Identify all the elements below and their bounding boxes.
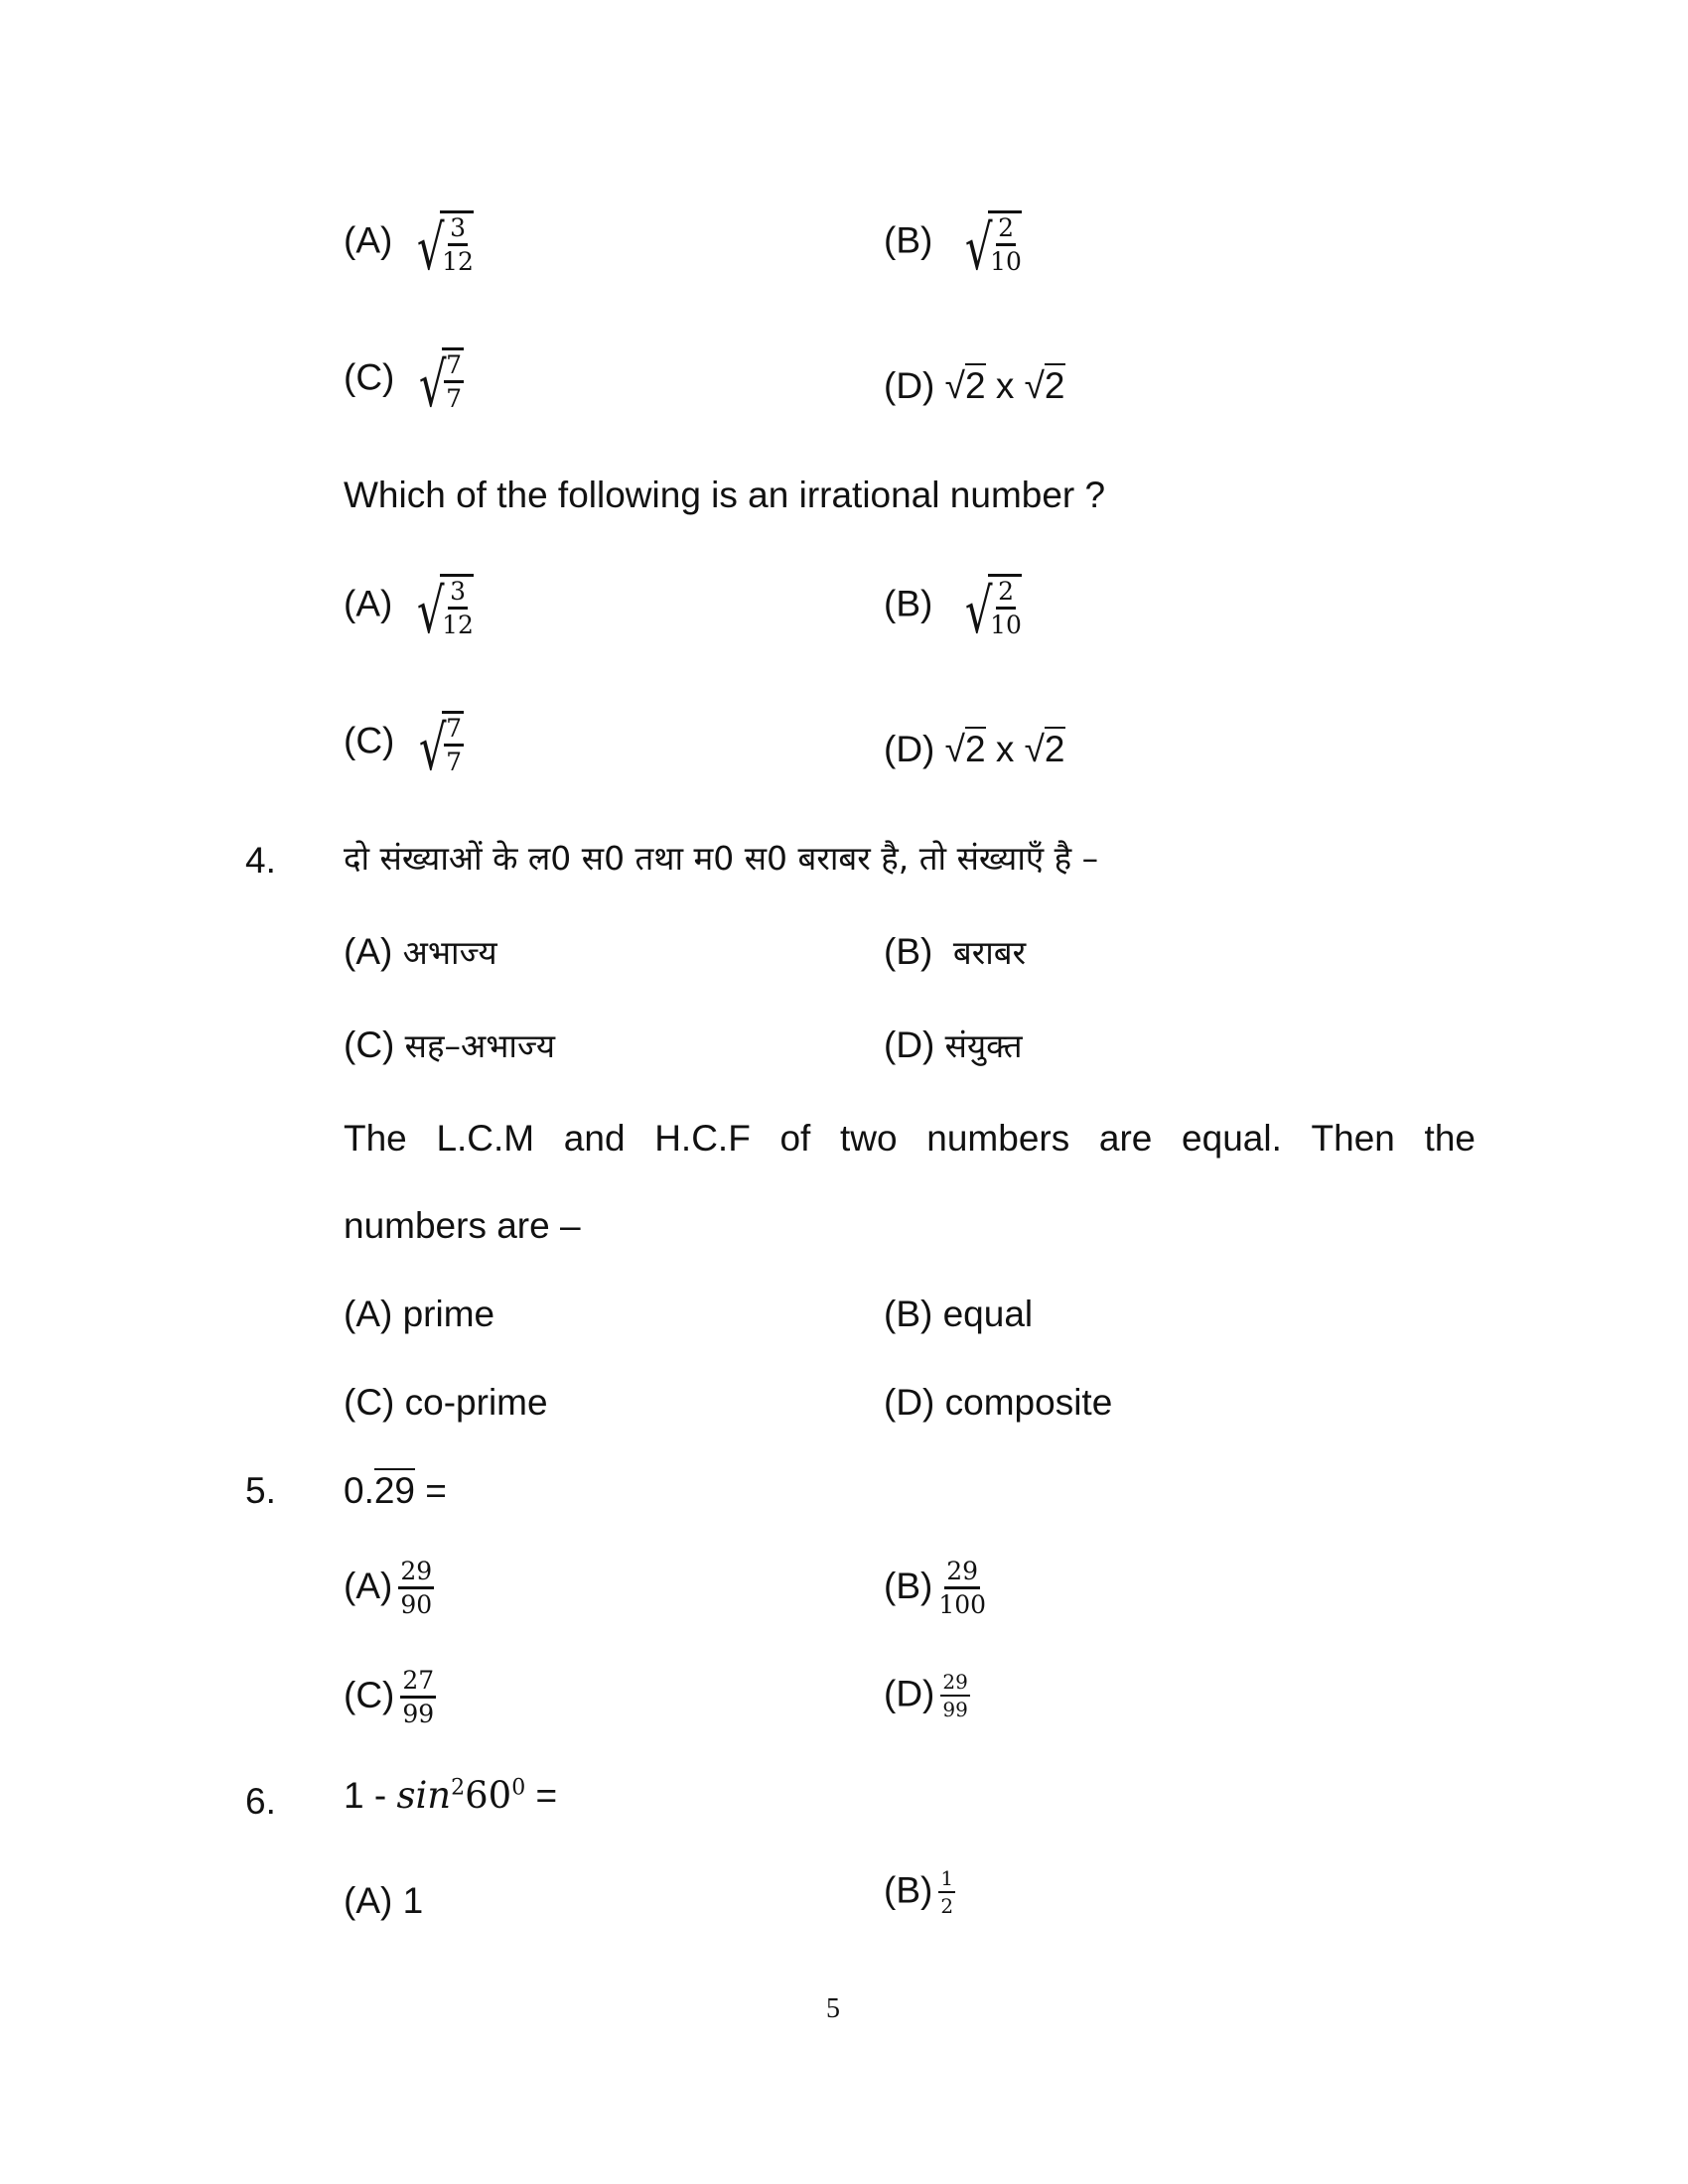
q3-option-c: (C) √77 xyxy=(344,711,464,776)
numerator: 3 xyxy=(448,215,468,246)
option-label: (C) xyxy=(344,1382,394,1423)
q3-option-c-top: (C) √77 xyxy=(344,347,464,413)
denominator: 99 xyxy=(402,1699,434,1727)
sqrt-fraction: √77 xyxy=(413,711,464,776)
q3-option-a-top: (A) √312 xyxy=(344,210,474,276)
option-label: (D) xyxy=(884,365,934,406)
page-number: 5 xyxy=(826,1995,840,2023)
q3-english-text: Which of the following is an irrational … xyxy=(344,477,1105,513)
option-label: (B) xyxy=(884,1566,932,1606)
q3-option-d-top: (D) √2 x √2 xyxy=(884,367,1065,404)
option-label: (B) xyxy=(884,220,932,261)
equals-sign: = xyxy=(415,1470,447,1511)
option-label: (A) xyxy=(344,931,392,972)
q5-option-c: (C)2799 xyxy=(344,1668,436,1728)
word: are xyxy=(1099,1120,1152,1157)
denominator: 2 xyxy=(940,1893,953,1917)
q6-option-a: (A) 1 xyxy=(344,1882,423,1919)
numerator: 27 xyxy=(400,1668,436,1699)
q6-number: 6. xyxy=(245,1783,276,1820)
option-label: (D) xyxy=(884,1024,934,1065)
q4-option-d: (D) composite xyxy=(884,1384,1112,1421)
sqrt-fraction: √210 xyxy=(959,574,1022,639)
repeating-digits: 29 xyxy=(374,1468,415,1511)
q4-english-line2: numbers are – xyxy=(344,1207,581,1244)
radicand: 2 xyxy=(1045,363,1065,406)
q6-expression: 1 - sin2600 = xyxy=(344,1777,557,1814)
q4-option-c: (C) co-prime xyxy=(344,1384,548,1421)
q4-hindi-option-d: (D) संयुक्त xyxy=(884,1026,1023,1063)
times-sign: x xyxy=(996,729,1015,769)
q3-option-b: (B) √210 xyxy=(884,574,1022,639)
numerator: 29 xyxy=(940,1672,969,1697)
times-sign: x xyxy=(996,365,1015,406)
sqrt-fraction: √312 xyxy=(411,574,474,639)
exponent: 2 xyxy=(451,1776,465,1801)
denominator: 90 xyxy=(400,1589,432,1618)
q5-expression: 0.29 = xyxy=(344,1472,447,1509)
option-label: (B) xyxy=(884,584,932,624)
option-label: (A) xyxy=(344,1294,392,1334)
option-text: 1 xyxy=(403,1880,424,1921)
numerator: 29 xyxy=(944,1559,980,1589)
option-label: (A) xyxy=(344,220,392,261)
word: L.C.M xyxy=(436,1120,534,1157)
word: and xyxy=(564,1120,626,1157)
angle-value: 60 xyxy=(465,1774,511,1817)
option-label: (A) xyxy=(344,1566,392,1606)
denominator: 12 xyxy=(442,246,474,275)
denominator: 100 xyxy=(938,1589,986,1618)
option-label: (C) xyxy=(344,1675,394,1715)
q4-english-line1: The L.C.M and H.C.F of two numbers are e… xyxy=(344,1120,1476,1157)
numerator: 3 xyxy=(448,579,468,610)
option-label: (A) xyxy=(344,584,392,624)
word: the xyxy=(1425,1120,1476,1157)
option-text: अभाज्य xyxy=(403,933,497,972)
sqrt-term: √2 xyxy=(1025,367,1065,404)
option-label: (C) xyxy=(344,721,394,761)
word: equal. xyxy=(1182,1120,1282,1157)
equals-sign: = xyxy=(525,1775,557,1816)
word: of xyxy=(779,1120,810,1157)
sqrt-fraction: √210 xyxy=(959,210,1022,276)
q4-option-a: (A) prime xyxy=(344,1296,494,1332)
denominator: 12 xyxy=(442,610,474,638)
denominator: 10 xyxy=(990,246,1022,275)
q4-hindi-option-a: (A) अभाज्य xyxy=(344,933,497,970)
q4-hindi-option-c: (C) सह–अभाज्य xyxy=(344,1026,555,1063)
q4-number: 4. xyxy=(245,842,276,879)
option-text: बराबर xyxy=(953,933,1026,972)
option-label: (B) xyxy=(884,931,932,972)
sqrt-term: √2 xyxy=(945,367,986,404)
q3-option-a: (A) √312 xyxy=(344,574,474,639)
option-text: equal xyxy=(943,1294,1034,1334)
option-label: (B) xyxy=(884,1869,932,1910)
denominator: 99 xyxy=(942,1697,967,1720)
q4-option-b: (B) equal xyxy=(884,1296,1033,1332)
decimal-prefix: 0. xyxy=(344,1470,374,1511)
word: numbers xyxy=(926,1120,1069,1157)
numerator: 7 xyxy=(444,352,464,383)
sqrt-fraction: √312 xyxy=(411,210,474,276)
numerator: 29 xyxy=(398,1559,434,1589)
q4-hindi-text: दो संख्याओं के ल0 स0 तथा म0 स0 बराबर है,… xyxy=(344,842,1098,875)
option-label: (B) xyxy=(884,1294,932,1334)
option-label: (C) xyxy=(344,1024,394,1065)
denominator: 7 xyxy=(446,383,462,412)
option-label: (C) xyxy=(344,357,394,398)
q3-option-b-top: (B) √210 xyxy=(884,210,1022,276)
option-text: संयुक्त xyxy=(945,1026,1023,1065)
lead-term: 1 - xyxy=(344,1775,396,1816)
word: The xyxy=(344,1120,407,1157)
radicand: 2 xyxy=(965,727,986,769)
numerator: 1 xyxy=(938,1868,955,1893)
sqrt-fraction: √77 xyxy=(413,347,464,413)
degree-mark: 0 xyxy=(511,1776,525,1801)
q3-option-d: (D) √2 x √2 xyxy=(884,731,1065,767)
q5-option-b: (B)29100 xyxy=(884,1559,986,1619)
q5-number: 5. xyxy=(245,1472,276,1509)
sqrt-term: √2 xyxy=(1025,731,1065,767)
option-text: सह–अभाज्य xyxy=(405,1026,555,1065)
radicand: 2 xyxy=(1045,727,1065,769)
word: two xyxy=(840,1120,898,1157)
word: H.C.F xyxy=(654,1120,751,1157)
option-label: (D) xyxy=(884,729,934,769)
q4-hindi-option-b: (B) बराबर xyxy=(884,933,1026,970)
option-label: (A) xyxy=(344,1880,392,1921)
q5-option-a: (A)2990 xyxy=(344,1559,434,1619)
option-text: composite xyxy=(945,1382,1113,1423)
option-label: (D) xyxy=(884,1382,934,1423)
q5-option-d: (D)2999 xyxy=(884,1672,970,1720)
option-text: prime xyxy=(403,1294,495,1334)
numerator: 2 xyxy=(996,579,1016,610)
radicand: 2 xyxy=(965,363,986,406)
denominator: 7 xyxy=(446,747,462,775)
numerator: 7 xyxy=(444,716,464,747)
function-name: sin xyxy=(396,1774,451,1817)
sqrt-term: √2 xyxy=(945,731,986,767)
word: Then xyxy=(1312,1120,1395,1157)
option-text: co-prime xyxy=(405,1382,548,1423)
denominator: 10 xyxy=(990,610,1022,638)
numerator: 2 xyxy=(996,215,1016,246)
q6-option-b: (B)12 xyxy=(884,1868,955,1917)
option-label: (D) xyxy=(884,1673,934,1713)
